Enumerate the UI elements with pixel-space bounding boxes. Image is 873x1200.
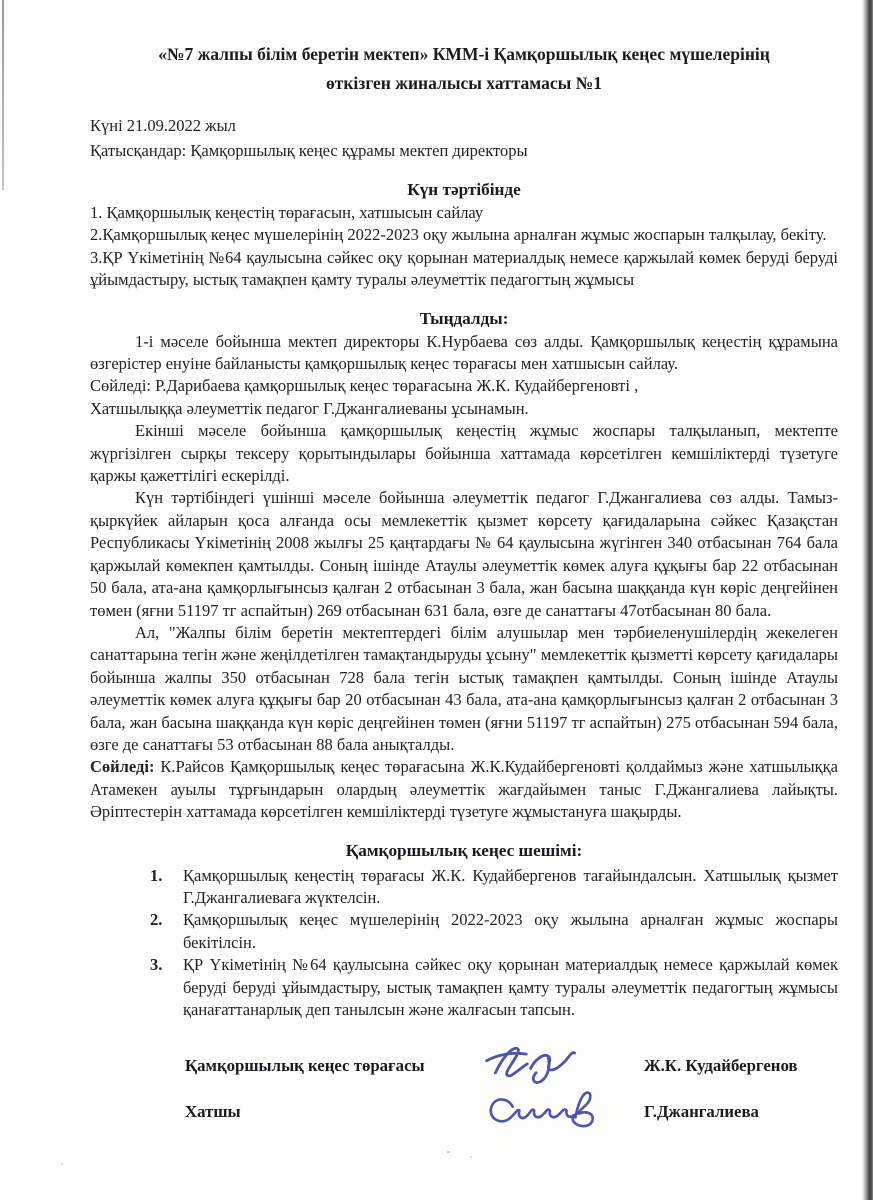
scanned-document-page: «№7 жалпы білім беретін мектеп» КММ-і Қа…: [0, 0, 873, 1200]
attendees-line: Қатысқандар: Қамқоршылық кеңес құрамы ме…: [90, 138, 838, 163]
decision-item-1: 1. Қамқоршылық кеңестің төрағасы Ж.К. Ку…: [150, 865, 838, 910]
scan-speck: [470, 1156, 472, 1158]
document-title: «№7 жалпы білім беретін мектеп» КММ-і Қа…: [90, 40, 838, 98]
agenda-item-3: 3.ҚР Үкіметінің №64 қаулысына сәйкес оқу…: [90, 247, 838, 292]
agenda-item-1: 1. Қамқоршылық кеңестің төрағасын, хатшы…: [90, 202, 838, 224]
agenda-item-2: 2.Қамқоршылық кеңес мүшелерінің 2022-202…: [90, 224, 838, 246]
signature-chairman: [480, 1043, 630, 1089]
signature-role-secretary: Хатшы: [185, 1101, 480, 1123]
heard-paragraph-2: Екінші мәселе бойынша қамқоршылық кеңест…: [90, 420, 838, 487]
scan-edge-left: [2, 0, 4, 190]
date-line: Күні 21.09.2022 жыл: [90, 113, 838, 138]
scan-speck: [61, 1163, 63, 1165]
decision-list: 1. Қамқоршылық кеңестің төрағасы Ж.К. Ку…: [90, 865, 838, 1022]
heard-heading: Тыңдалды:: [90, 307, 838, 331]
decision-item-2: 2. Қамқоршылық кеңес мүшелерінің 2022-20…: [150, 909, 838, 954]
speaker-statement-1-line-2: Хатшылыққа әлеуметтік педагог Г.Джангали…: [90, 398, 838, 420]
decision-item-3: 3. ҚР Үкіметінің №64 қаулысына сәйкес оқ…: [150, 954, 838, 1021]
decision-heading: Қамқоршылық кеңес шешімі:: [90, 839, 838, 863]
title-line-1: «№7 жалпы білім беретін мектеп» КММ-і Қа…: [158, 44, 770, 64]
heard-paragraph-4: Ал, "Жалпы білім беретін мектептердегі б…: [90, 622, 838, 756]
scan-speck: [447, 1151, 450, 1153]
signature-name-secretary: Г.Джангалиева: [630, 1101, 759, 1123]
title-line-2: өткізген жиналысы хаттамасы №1: [326, 73, 602, 93]
speaker-statement-2: Сөйледі: К.Райсов Қамқоршылық кеңес төра…: [90, 756, 838, 823]
speaker-statement-1-line-1: Сөйледі: Р.Дарибаева қамқоршылық кеңес т…: [90, 375, 838, 397]
decision-item-1-text: Қамқоршылық кеңестің төрағасы Ж.К. Кудай…: [183, 865, 838, 910]
speaker-label: Сөйледі:: [90, 757, 154, 776]
document-content: «№7 жалпы білім беретін мектеп» КММ-і Қа…: [90, 0, 838, 1135]
signature-name-chairman: Ж.К. Кудайбергенов: [630, 1055, 797, 1077]
decision-item-1-number: 1.: [150, 865, 183, 910]
decision-item-2-text: Қамқоршылық кеңес мүшелерінің 2022-2023 …: [183, 909, 838, 954]
heard-paragraph-1: 1-і мәселе бойынша мектеп директоры К.Ну…: [90, 331, 838, 376]
decision-item-2-number: 2.: [150, 909, 183, 954]
heard-paragraph-3: Күн тәртібіндегі үшінші мәселе бойынша ә…: [90, 487, 838, 621]
signature-row-chairman: Қамқоршылық кеңес төрағасы Ж.К. Кудайбер…: [185, 1043, 838, 1089]
decision-item-3-text: ҚР Үкіметінің №64 қаулысына сәйкес оқу қ…: [183, 954, 838, 1021]
scan-edge-right: [862, 0, 873, 1200]
decision-item-3-number: 3.: [150, 954, 183, 1021]
signature-role-chairman: Қамқоршылық кеңес төрағасы: [185, 1055, 480, 1077]
signature-block: Қамқоршылық кеңес төрағасы Ж.К. Кудайбер…: [185, 1043, 838, 1135]
signature-secretary: [480, 1089, 630, 1135]
speaker-statement-2-text: К.Райсов Қамқоршылық кеңес төрағасына Ж.…: [90, 757, 838, 821]
agenda-heading: Күн тәртібінде: [90, 178, 838, 202]
signature-row-secretary: Хатшы Г.Джангалиева: [185, 1089, 838, 1135]
